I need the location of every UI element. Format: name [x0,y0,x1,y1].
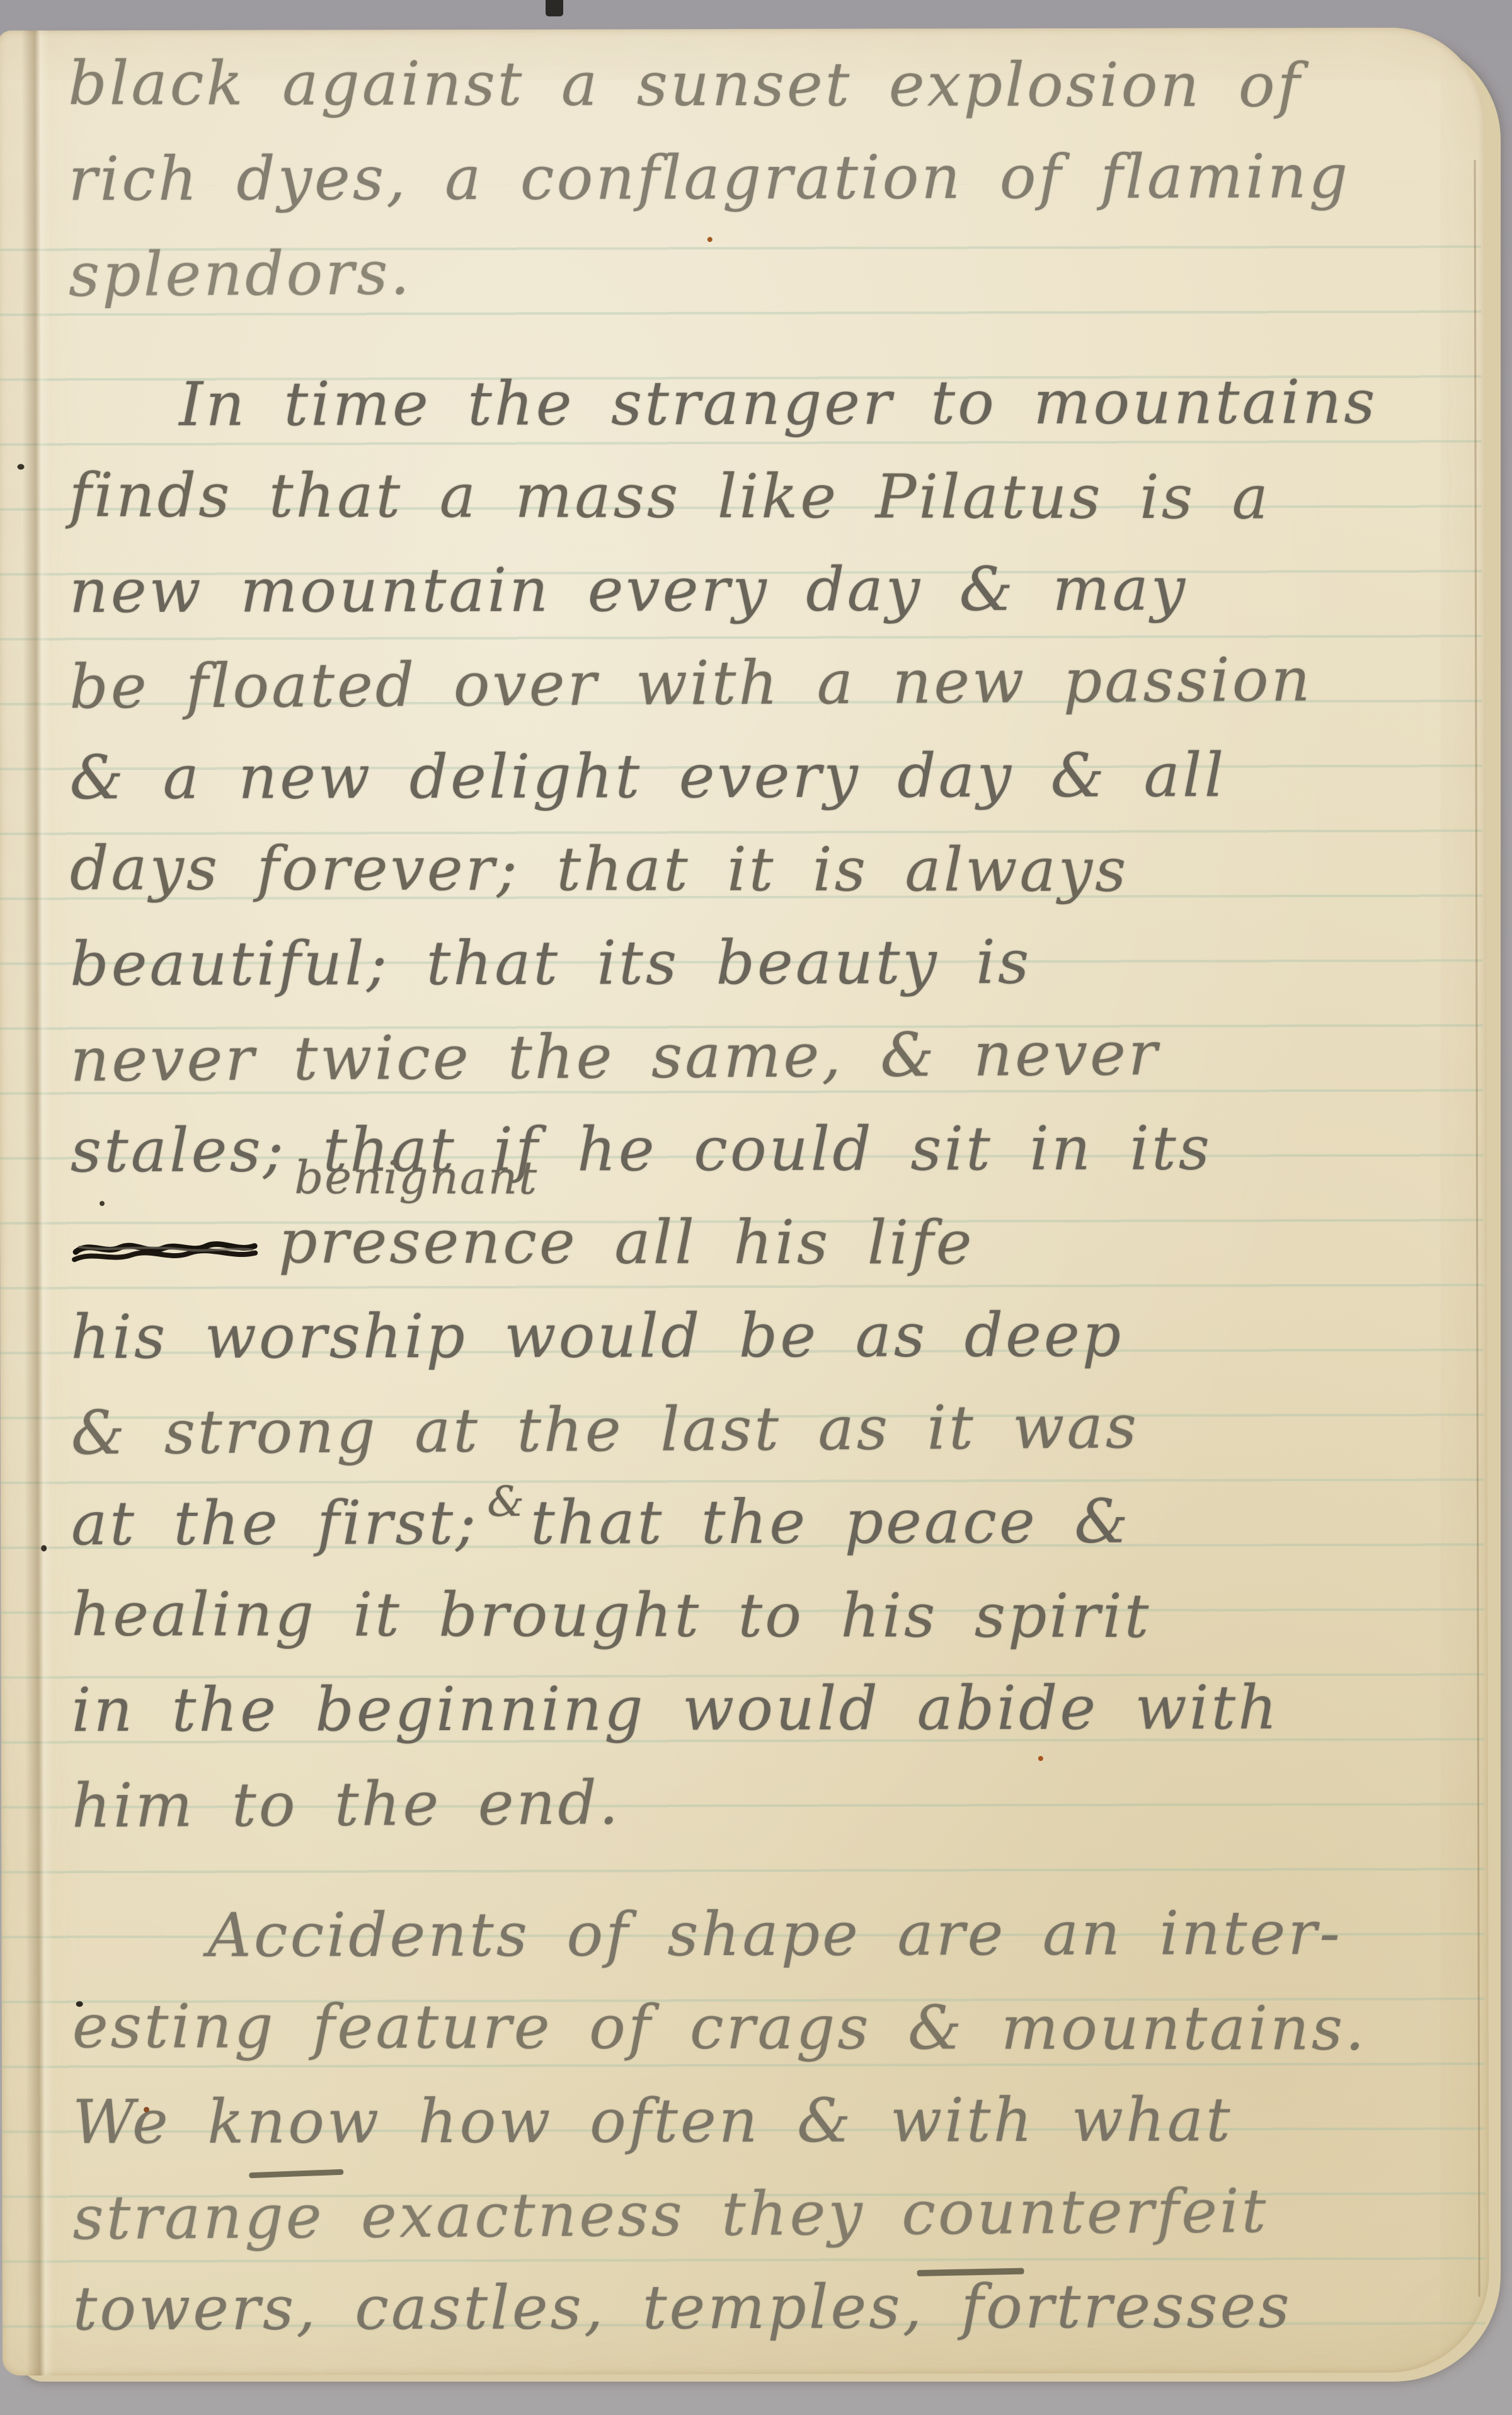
scanned-notebook-photo: { "manuscript": { "lines": [ {"text": "b… [0,0,1512,2415]
manuscript-line: never twice the same, & never [70,1006,1430,1107]
manuscript-line: esting feature of crags & mountains. [72,1980,1432,2075]
manuscript-line-with-caret-insert: at the first;&that the peace & [71,1474,1431,1571]
paper-speck [707,237,713,242]
notebook-page: black against a sunset explosion of rich… [0,28,1489,2376]
manuscript-line: healing it brought to his spirit [71,1568,1431,1663]
manuscript-line: splendors. [68,221,1428,322]
top-edge-mark [546,0,563,16]
manuscript-line: strange exactness they counterfeit [72,2164,1433,2265]
manuscript-line-with-correction: presence all his life benignant [71,1195,1430,1290]
caret-insertion: & [487,1455,527,1549]
manuscript-line: towers, castles, temples, fortresses [73,2259,1433,2356]
manuscript-line: his worship would be as deep [71,1288,1430,1384]
manuscript-line: & strong at the last as it was [71,1379,1431,1480]
binding-crease [21,30,54,2375]
paper-speck [41,1545,47,1551]
manuscript-line: black against a sunset explosion of [68,37,1428,132]
manuscript-line: finds that a mass like Pilatus is a [69,449,1429,544]
paper-speck [144,2107,149,2113]
manuscript-line: & a new delight every day & all [69,728,1429,825]
handwritten-text-block: black against a sunset explosion of rich… [68,37,1433,2356]
manuscript-line-text: at the first; [71,1488,479,1559]
manuscript-line: rich dyes, a conflagration of flaming [68,130,1428,226]
manuscript-line: days forever; that it is always [70,822,1429,917]
manuscript-line: stales; that if he could sit in its [71,1101,1430,1198]
paper-speck [100,1201,105,1206]
manuscript-line: new mountain every day & may [69,542,1429,638]
manuscript-line-text: that the peace & [530,1486,1131,1558]
manuscript-line: in the beginning would abide with [72,1661,1431,1757]
paper-speck [76,2001,83,2007]
paper-speck [18,464,25,469]
manuscript-line: Accidents of shape are an inter- [72,1886,1431,1983]
manuscript-line: be floated over with a new passion [69,633,1429,734]
manuscript-line: beautiful; that its beauty is [70,915,1429,1011]
interlinear-insertion: benignant [294,1155,538,1201]
paper-speck [1038,1756,1043,1761]
manuscript-line: We know how often & with what [72,2073,1432,2169]
manuscript-line-text: presence all his life [278,1207,975,1278]
manuscript-line: him to the end. [72,1752,1432,1853]
manuscript-line: In time the stranger to mountains [69,355,1428,452]
